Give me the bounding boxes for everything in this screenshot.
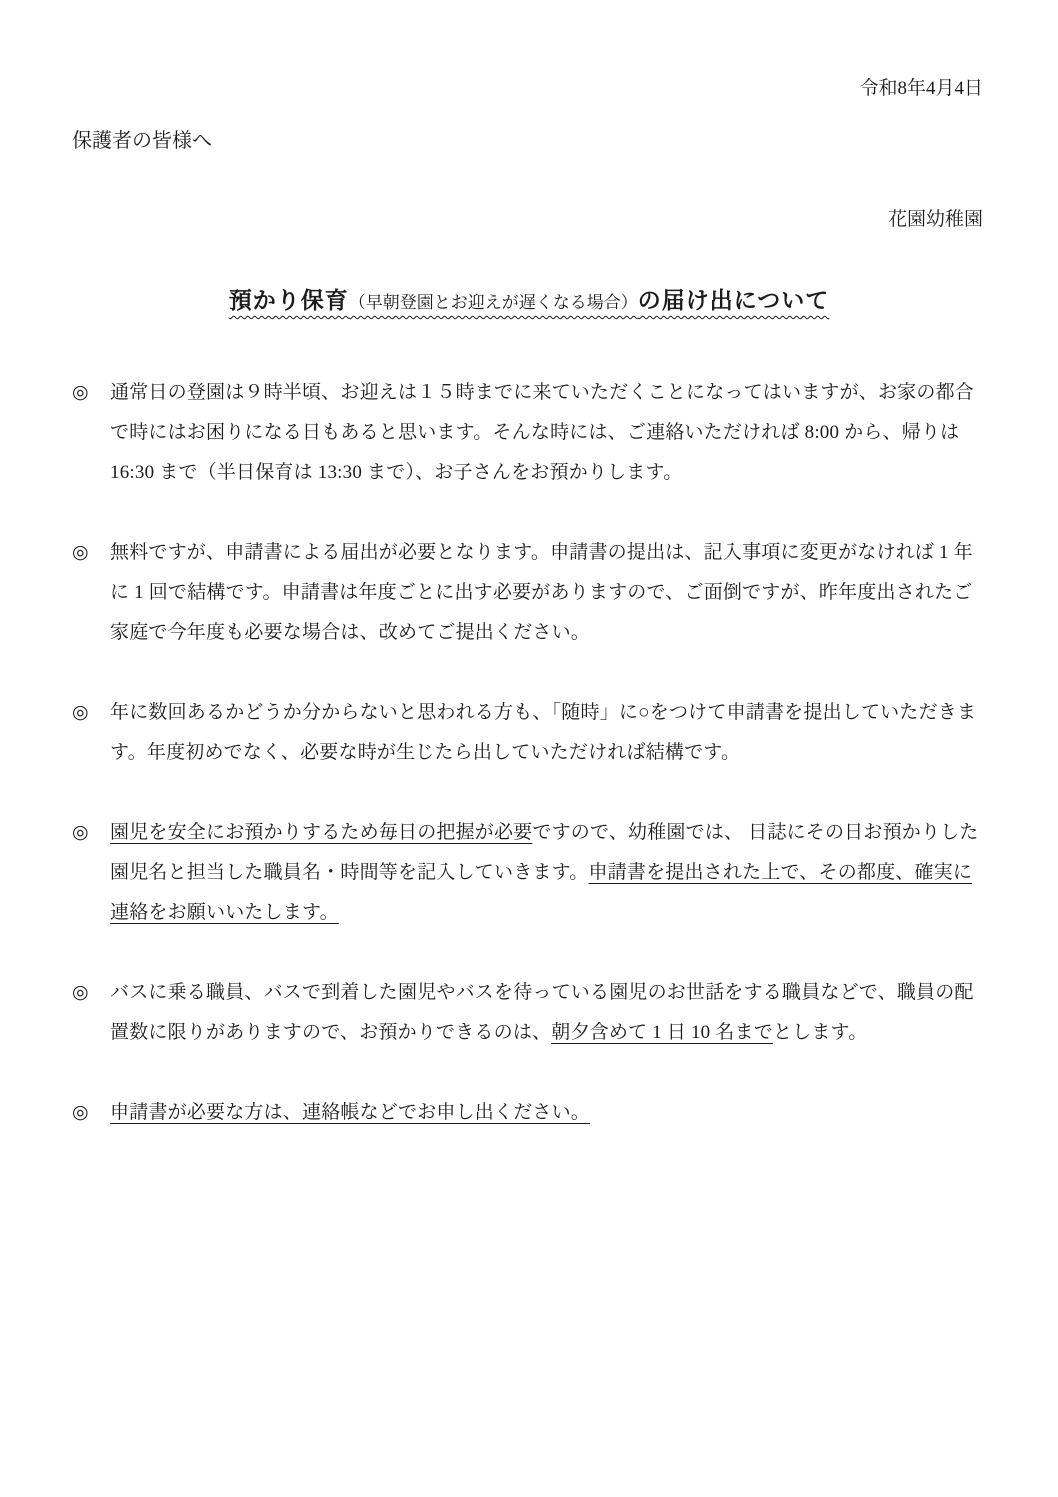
- bullet-marker: ◎: [72, 533, 110, 573]
- page-title: 預かり保育（早朝登園とお迎えが遅くなる場合）の届け出について: [0, 283, 1058, 321]
- bullet-text-segment: 朝夕含めて 1 日 10 名まで: [551, 1022, 773, 1043]
- list-item: ◎通常日の登園は９時半頃、お迎えは１５時までに来ていただくことになってはいますが…: [72, 373, 986, 493]
- bullet-marker: ◎: [72, 973, 110, 1013]
- bullet-text: 通常日の登園は９時半頃、お迎えは１５時までに来ていただくことになってはいますが、…: [110, 373, 986, 493]
- bullet-text: 園児を安全にお預かりするため毎日の把握が必要ですので、幼稚園では、 日誌にその日…: [110, 813, 986, 933]
- list-item: ◎年に数回あるかどうか分からないと思われる方も、「随時」に○をつけて申請書を提出…: [72, 693, 986, 773]
- sender-line: 花園幼稚園: [0, 207, 983, 233]
- bullet-text-segment: 園児を安全にお預かりするため毎日の把握が必要: [110, 822, 532, 843]
- list-item: ◎無料ですが、申請書による届出が必要となります。申請書の提出は、記入事項に変更が…: [72, 533, 986, 653]
- notice-list: ◎通常日の登園は９時半頃、お迎えは１５時までに来ていただくことになってはいますが…: [72, 373, 986, 1133]
- bullet-marker: ◎: [72, 693, 110, 733]
- recipient-line: 保護者の皆様へ: [72, 128, 1058, 155]
- bullet-text-segment: 申請書が必要な方は、連絡帳などでお申し出ください。: [110, 1102, 590, 1123]
- bullet-text: 無料ですが、申請書による届出が必要となります。申請書の提出は、記入事項に変更がな…: [110, 533, 986, 653]
- bullet-marker: ◎: [72, 1093, 110, 1133]
- bullet-text-segment: 通常日の登園は９時半頃、お迎えは１５時までに来ていただくことになってはいますが、…: [110, 382, 974, 483]
- title-parenthetical: （早朝登園とお迎えが遅くなる場合）: [349, 293, 638, 312]
- bullet-marker: ◎: [72, 813, 110, 853]
- bullet-text-segment: とします。: [773, 1022, 867, 1043]
- list-item: ◎バスに乗る職員、バスで到着した園児やバスを待っている園児のお世話をする職員など…: [72, 973, 986, 1053]
- bullet-marker: ◎: [72, 373, 110, 413]
- list-item: ◎申請書が必要な方は、連絡帳などでお申し出ください。: [72, 1093, 986, 1133]
- bullet-text: 申請書が必要な方は、連絡帳などでお申し出ください。: [110, 1093, 986, 1133]
- title-main-prefix: 預かり保育: [229, 288, 349, 313]
- bullet-text-segment: 無料ですが、申請書による届出が必要となります。申請書の提出は、記入事項に変更がな…: [110, 542, 973, 643]
- title-underline-group: 預かり保育（早朝登園とお迎えが遅くなる場合）の届け出について: [229, 293, 830, 312]
- bullet-text: 年に数回あるかどうか分からないと思われる方も、「随時」に○をつけて申請書を提出し…: [110, 693, 986, 773]
- date-line: 令和8年4月4日: [0, 0, 983, 102]
- bullet-text: バスに乗る職員、バスで到着した園児やバスを待っている園児のお世話をする職員などで…: [110, 973, 986, 1053]
- document-page: 令和8年4月4日 保護者の皆様へ 花園幼稚園 預かり保育（早朝登園とお迎えが遅く…: [0, 0, 1058, 1497]
- title-main-suffix: の届け出について: [638, 288, 830, 313]
- bullet-text-segment: 年に数回あるかどうか分からないと思われる方も、「随時」に○をつけて申請書を提出し…: [110, 702, 976, 763]
- list-item: ◎園児を安全にお預かりするため毎日の把握が必要ですので、幼稚園では、 日誌にその…: [72, 813, 986, 933]
